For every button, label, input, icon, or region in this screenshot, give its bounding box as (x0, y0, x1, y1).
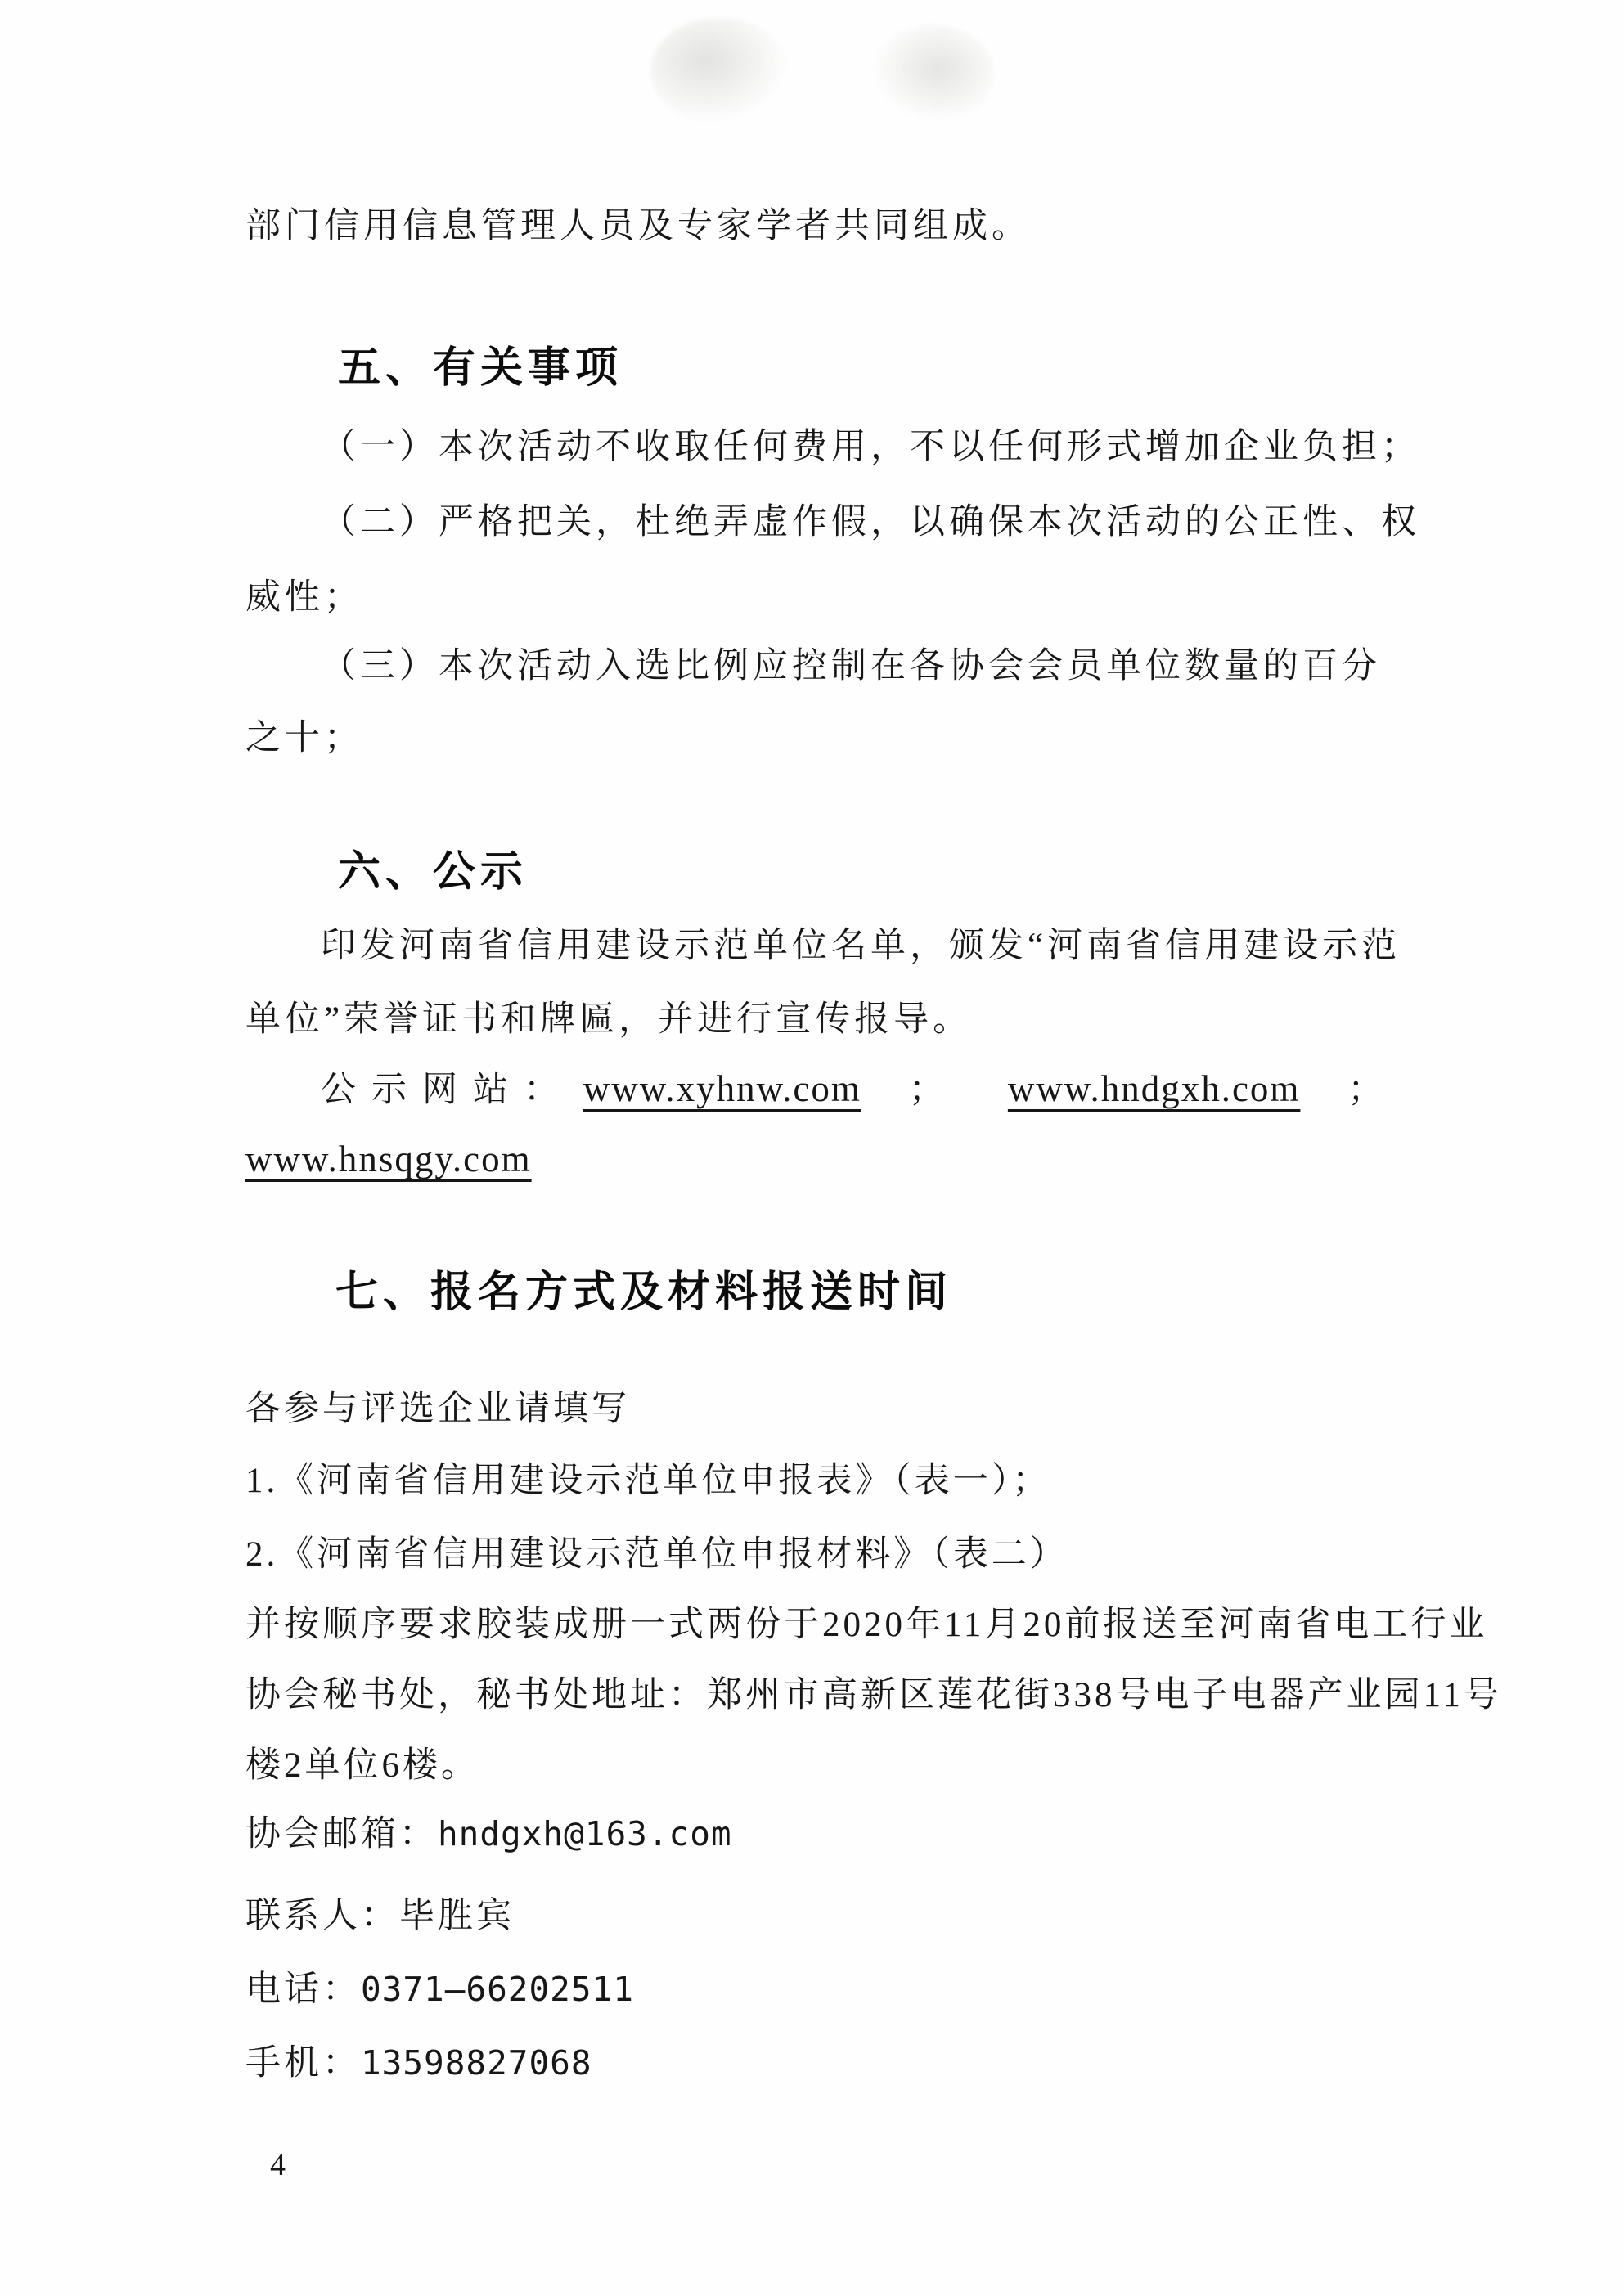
paragraph-line: 部门信用信息管理人员及专家学者共同组成。 (245, 206, 1031, 246)
websites-line: 公示网站： www.xyhnw.com；www.hndgxh.com； (321, 1068, 1389, 1111)
section6-para-line2: 单位”荣誉证书和牌匾，并进行宣传报导。 (245, 1000, 972, 1040)
phone-number: 0371—66202511 (361, 1970, 634, 2009)
email-label: 协会邮箱： (245, 1815, 438, 1853)
scan-smudge (871, 25, 994, 123)
section7-para-line1: 并按顺序要求胶装成册一式两份于2020年11月20前报送至河南省电工行业 (245, 1605, 1487, 1645)
section7-para-line2: 协会秘书处，秘书处地址：郑州市高新区莲花街338号电子电器产业园11号 (245, 1675, 1502, 1715)
document-page: 部门信用信息管理人员及专家学者共同组成。 五、有关事项 （一）本次活动不收取任何… (0, 0, 1624, 2296)
scan-smudge (650, 18, 790, 124)
section5-item3-line2: 之十； (245, 718, 363, 758)
section6-heading: 六、公示 (338, 849, 528, 896)
mobile-line: 手机：13598827068 (245, 2043, 592, 2083)
section7-item1: 1.《河南省信用建设示范单位申报表》（表一）； (245, 1461, 1050, 1501)
website-link-hndgxh[interactable]: www.hndgxh.com (1008, 1068, 1301, 1109)
section5-item2-line1: （二）严格把关，杜绝弄虚作假，以确保本次活动的公正性、权 (321, 502, 1420, 542)
email-line: 协会邮箱：hndgxh@163.com (245, 1814, 732, 1854)
section7-para-line3: 楼2单位6楼。 (245, 1746, 479, 1786)
mobile-number: 13598827068 (361, 2043, 592, 2083)
section5-item1: （一）本次活动不收取任何费用，不以任何形式增加企业负担； (321, 427, 1420, 467)
section7-heading: 七、报名方式及材料报送时间 (335, 1269, 952, 1316)
contact-line: 联系人：毕胜宾 (245, 1896, 515, 1936)
website-separator: ； (1343, 1071, 1389, 1109)
section6-para-line1: 印发河南省信用建设示范单位名单，颁发“河南省信用建设示范 (321, 926, 1401, 966)
section7-item2: 2.《河南省信用建设示范单位申报材料》（表二） (245, 1534, 1068, 1575)
contact-label: 联系人： (245, 1897, 399, 1935)
phone-label: 电话： (245, 1970, 361, 2009)
section7-intro: 各参与评选企业请填写 (245, 1389, 630, 1429)
email-address: hndgxh@163.com (438, 1814, 732, 1853)
contact-name: 毕胜宾 (399, 1897, 515, 1935)
phone-line: 电话：0371—66202511 (245, 1970, 634, 2010)
section5-heading: 五、有关事项 (338, 345, 623, 392)
section5-item3-line1: （三）本次活动入选比例应控制在各协会会员单位数量的百分 (321, 646, 1381, 686)
mobile-label: 手机： (245, 2044, 361, 2083)
page-number: 4 (270, 2147, 286, 2183)
website-link-hnsqgy[interactable]: www.hnsqgy.com (245, 1139, 532, 1179)
section5-item2-line2: 威性； (245, 577, 363, 618)
website-link-xyhnw[interactable]: www.xyhnw.com (583, 1068, 861, 1109)
websites-label: 公示网站： (321, 1071, 574, 1109)
website-separator: ； (904, 1071, 951, 1109)
